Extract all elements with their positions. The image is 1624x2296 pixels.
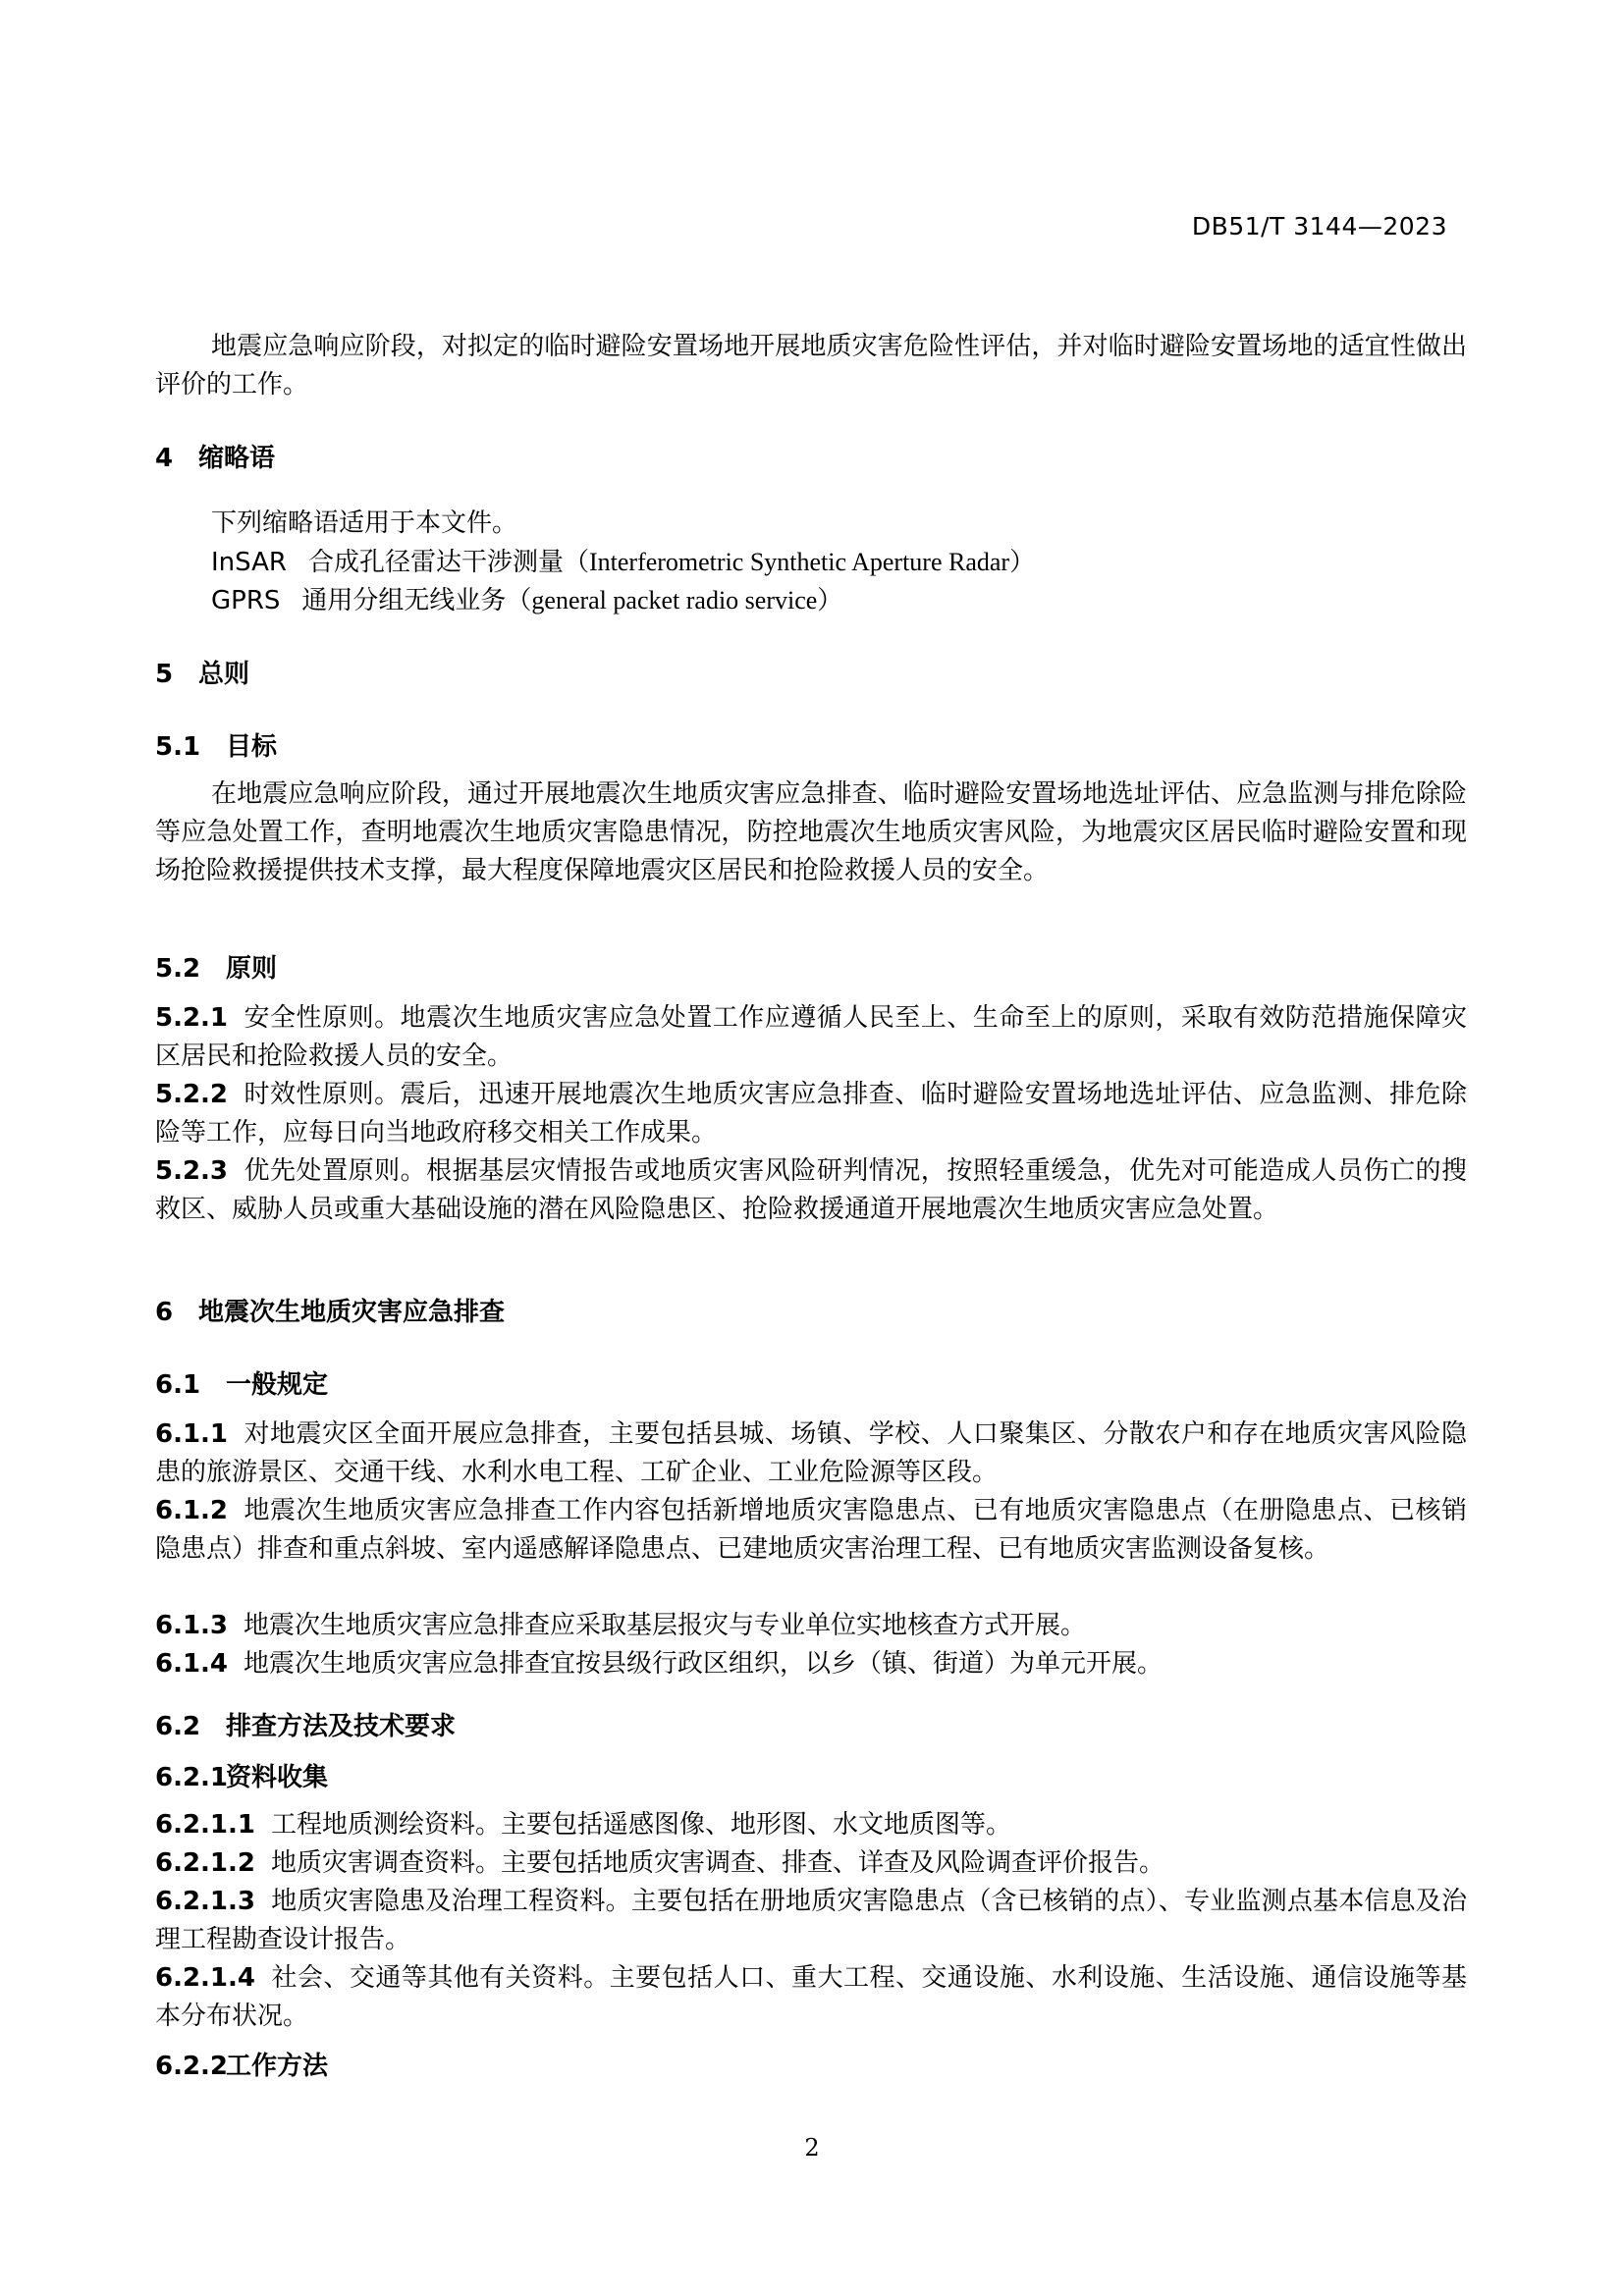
- clause-6-2-1-1: 6.2.1.1工程地质测绘资料。主要包括遥感图像、地形图、水文地质图等。: [155, 1806, 1467, 1844]
- section-title: 目标: [226, 732, 277, 762]
- section-5-2-heading: 5.2原则: [155, 948, 277, 985]
- abbreviation-code: GPRS: [211, 582, 280, 620]
- clause-5-2-3: 5.2.3优先处置原则。根据基层灾情报告或地质灾害风险研判情况，按照轻重缓急，优…: [155, 1152, 1467, 1229]
- clause-6-1-2: 6.1.2地震次生地质灾害应急排查工作内容包括新增地质灾害隐患点、已有地质灾害隐…: [155, 1492, 1467, 1569]
- section-title: 总则: [198, 660, 249, 689]
- section-6-heading: 6地震次生地质灾害应急排查: [155, 1292, 505, 1328]
- section-title: 地震次生地质灾害应急排查: [198, 1298, 505, 1327]
- abbreviation-item: GPRS通用分组无线业务（general packet radio servic…: [211, 581, 842, 620]
- clause-text: 优先处置原则。根据基层灾情报告或地质灾害风险研判情况，按照轻重缓急，优先对可能造…: [155, 1156, 1467, 1224]
- clause-text: 地震次生地质灾害应急排查工作内容包括新增地质灾害隐患点、已有地质灾害隐患点（在册…: [155, 1496, 1467, 1564]
- section-title: 一般规定: [226, 1370, 328, 1400]
- abbreviation-item: InSAR合成孔径雷达干涉测量（Interferometric Syntheti…: [211, 543, 1035, 582]
- clause-number: 6.2.1.2: [155, 1844, 255, 1883]
- section-number: 4: [155, 444, 198, 473]
- section-number: 6.1: [155, 1370, 226, 1400]
- clause-number: 5.2.2: [155, 1076, 228, 1114]
- page-number: 2: [0, 2134, 1624, 2162]
- abbreviation-meaning: 通用分组无线业务（general packet radio service）: [301, 586, 842, 614]
- clause-6-1-3: 6.1.3地震次生地质灾害应急排查应采取基层报灾与专业单位实地核查方式开展。: [155, 1607, 1467, 1645]
- section-number: 5.2: [155, 954, 226, 984]
- abbreviation-code: InSAR: [211, 544, 287, 582]
- section-6-1-heading: 6.1一般规定: [155, 1364, 328, 1401]
- clause-text: 地质灾害隐患及治理工程资料。主要包括在册地质灾害隐患点（含已核销的点）、专业监测…: [155, 1887, 1467, 1954]
- section-5-1-text: 在地震应急响应阶段，通过开展地震次生地质灾害应急排查、临时避险安置场地选址评估、…: [155, 775, 1467, 890]
- clause-5-2-2: 5.2.2时效性原则。震后，迅速开展地震次生地质灾害应急排查、临时避险安置场地选…: [155, 1076, 1467, 1152]
- clause-number: 6.1.1: [155, 1415, 228, 1454]
- section-number: 6.2.2: [155, 2052, 226, 2081]
- clause-number: 6.2.1.1: [155, 1806, 255, 1844]
- clause-5-2-1: 5.2.1安全性原则。地震次生地质灾害应急处置工作应遵循人民至上、生命至上的原则…: [155, 999, 1467, 1076]
- clause-number: 5.2.1: [155, 999, 228, 1038]
- section-6-2-2-heading: 6.2.2工作方法: [155, 2046, 328, 2082]
- section-6-2-1-heading: 6.2.1资料收集: [155, 1757, 328, 1793]
- clause-text: 地震次生地质灾害应急排查宜按县级行政区组织，以乡（镇、街道）为单元开展。: [244, 1649, 1163, 1679]
- clause-6-2-1-2: 6.2.1.2地质灾害调查资料。主要包括地质灾害调查、排查、详查及风险调查评价报…: [155, 1844, 1467, 1883]
- clause-text: 时效性原则。震后，迅速开展地震次生地质灾害应急排查、临时避险安置场地选址评估、应…: [155, 1080, 1467, 1148]
- clause-text: 安全性原则。地震次生地质灾害应急处置工作应遵循人民至上、生命至上的原则，采取有效…: [155, 1003, 1467, 1071]
- section-title: 资料收集: [226, 1763, 328, 1792]
- section-number: 6.2.1: [155, 1763, 226, 1792]
- clause-6-1-4: 6.1.4地震次生地质灾害应急排查宜按县级行政区组织，以乡（镇、街道）为单元开展…: [155, 1645, 1467, 1683]
- section-6-2-heading: 6.2排查方法及技术要求: [155, 1706, 456, 1742]
- clause-text: 社会、交通等其他有关资料。主要包括人口、重大工程、交通设施、水利设施、生活设施、…: [155, 1963, 1467, 2031]
- section-title: 缩略语: [198, 444, 275, 473]
- clause-text: 地震次生地质灾害应急排查应采取基层报灾与专业单位实地核查方式开展。: [244, 1611, 1086, 1640]
- clause-number: 6.2.1.4: [155, 1959, 255, 1998]
- section-5-1-heading: 5.1目标: [155, 726, 277, 763]
- clause-text: 对地震灾区全面开展应急排查，主要包括县城、场镇、学校、人口聚集区、分散农户和存在…: [155, 1419, 1467, 1487]
- section-title: 工作方法: [226, 2052, 328, 2081]
- document-page: DB51/T 3144—2023 地震应急响应阶段，对拟定的临时避险安置场地开展…: [0, 0, 1624, 2296]
- section-number: 5: [155, 660, 198, 689]
- section-4-heading: 4缩略语: [155, 438, 275, 474]
- abbreviation-meaning: 合成孔径雷达干涉测量（Interferometric Synthetic Ape…: [308, 548, 1035, 576]
- clause-number: 6.1.3: [155, 1607, 228, 1645]
- section-title: 原则: [226, 954, 277, 984]
- section-number: 6.2: [155, 1712, 226, 1741]
- clause-6-2-1-3: 6.2.1.3地质灾害隐患及治理工程资料。主要包括在册地质灾害隐患点（含已核销的…: [155, 1883, 1467, 1959]
- intro-paragraph: 地震应急响应阶段，对拟定的临时避险安置场地开展地质灾害危险性评估，并对临时避险安…: [155, 328, 1467, 404]
- clause-number: 6.1.2: [155, 1492, 228, 1530]
- clause-number: 6.1.4: [155, 1645, 228, 1683]
- clause-text: 地质灾害调查资料。主要包括地质灾害调查、排查、详查及风险调查评价报告。: [271, 1848, 1164, 1878]
- standard-code-header: DB51/T 3144—2023: [1192, 212, 1447, 240]
- section-title: 排查方法及技术要求: [226, 1712, 456, 1741]
- clause-6-2-1-4: 6.2.1.4社会、交通等其他有关资料。主要包括人口、重大工程、交通设施、水利设…: [155, 1959, 1467, 2036]
- abbreviation-lead: 下列缩略语适用于本文件。: [211, 505, 517, 543]
- section-number: 6: [155, 1298, 198, 1327]
- clause-number: 5.2.3: [155, 1152, 228, 1191]
- section-5-heading: 5总则: [155, 654, 249, 690]
- clause-6-1-1: 6.1.1对地震灾区全面开展应急排查，主要包括县城、场镇、学校、人口聚集区、分散…: [155, 1415, 1467, 1492]
- section-number: 5.1: [155, 732, 226, 762]
- clause-number: 6.2.1.3: [155, 1883, 255, 1921]
- clause-text: 工程地质测绘资料。主要包括遥感图像、地形图、水文地质图等。: [271, 1810, 1011, 1840]
